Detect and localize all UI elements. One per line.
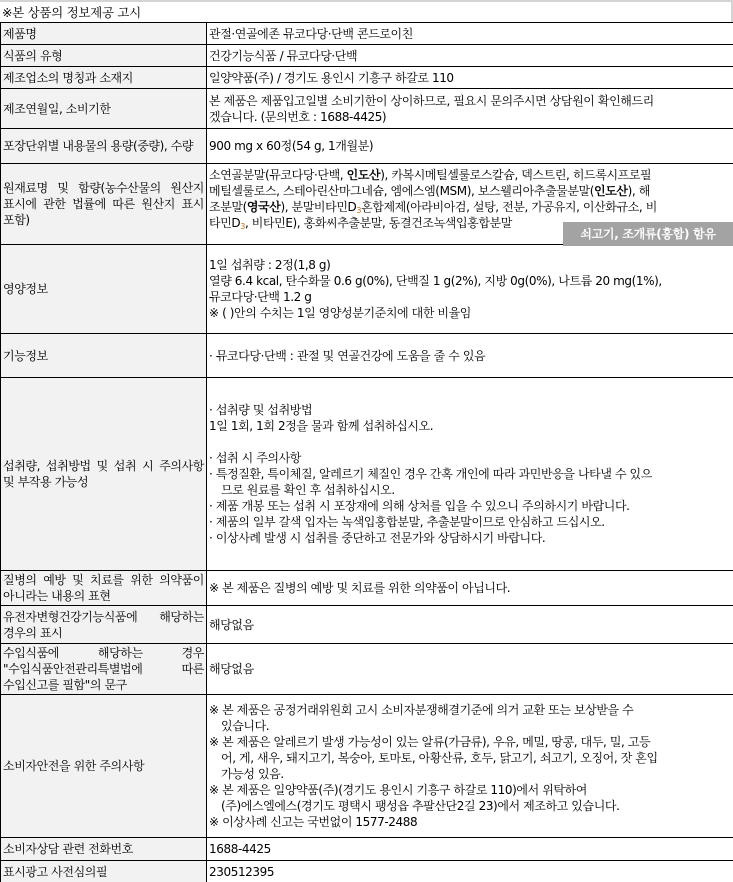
text-line: 1일 1회, 1회 2정을 물과 함께 섭취하십시오.	[209, 418, 731, 434]
value-package-volume: 900 mg x 60정(54 g, 1개월분)	[207, 129, 733, 164]
text: 메틸셀룰로스, 스테아린산마그네슘, 엠에스엠(MSM), 보스웰리아추출물분말…	[209, 184, 594, 198]
value-consumer-safety: ※ 본 제품은 공정거래위원회 고시 소비자분쟁해결기준에 의거 교환 또는 보…	[207, 695, 733, 838]
value-intake: · 섭취량 및 섭취방법 1일 1회, 1회 2정을 물과 함께 섭취하십시오.…	[207, 378, 733, 571]
value-consumer-phone: 1688-4425	[207, 838, 733, 861]
value-not-medicine: ※ 본 제품은 질병의 예방 및 치료를 위한 의약품이 아닙니다.	[207, 571, 733, 606]
text-line: 므로 원료를 확인 후 섭취하십시오.	[209, 482, 731, 498]
value-gmo: 해당없음	[207, 606, 733, 644]
label-not-medicine: 질병의 예방 및 치료를 위한 의약품이 아니라는 내용의 표현	[1, 571, 207, 606]
label-function: 기능정보	[1, 334, 207, 378]
label-consumer-safety: 소비자안전을 위한 주의사항	[1, 695, 207, 838]
text-line: ※ 본 제품은 공정거래위원회 고시 소비자분쟁해결기준에 의거 교환 또는 보…	[209, 702, 731, 718]
value-manufacturer: 일양약품(주) / 경기도 용인시 기흥구 하갈로 110	[207, 67, 733, 89]
text-line: ※ 본 제품은 일양약품(주)(경기도 용인시 기흥구 하갈로 110)에서 위…	[209, 782, 731, 798]
row-package-volume: 포장단위별 내용물의 용량(중량), 수량 900 mg x 60정(54 g,…	[1, 129, 733, 164]
text-line: 열량 6.4 kcal, 탄수화물 0.6 g(0%), 단백질 1 g(2%)…	[209, 273, 731, 289]
text-line: 있습니다.	[209, 718, 731, 734]
text: ), 해	[628, 184, 650, 198]
row-intake: 섭취량, 섭취방법 및 섭취 시 주의사항 및 부작용 가능성 · 섭취량 및 …	[1, 378, 733, 571]
label-import: 수입식품에 해당하는 경우 "수입식품안전관리특별법에 따른 수입신고를 필함"…	[1, 644, 207, 695]
row-gmo: 유전자변형건강기능식품에 해당하는 경우의 표시 해당없음	[1, 606, 733, 644]
text-line: · 섭취량 및 섭취방법	[209, 402, 731, 418]
text-line: · 섭취 시 주의사항	[209, 450, 731, 466]
text-line: 겠습니다. (문의번호 : 1688-4425)	[209, 109, 731, 125]
label-consumer-phone: 소비자상담 관련 전화번호	[1, 838, 207, 861]
text-line: · 제품의 일부 갈색 입자는 녹색입홍합분말, 추출분말이므로 안심하고 드십…	[209, 514, 731, 530]
notice-title: ※본 상품의 정보제공 고시	[0, 0, 733, 23]
text-line: 어, 게, 새우, 돼지고기, 복숭아, 토마토, 아황산류, 호두, 닭고기,…	[209, 750, 731, 766]
text: 소연골분말(뮤코다당·단백,	[209, 168, 347, 182]
value-ad-review: 230512395	[207, 861, 733, 882]
ingredient-line: 메틸셀룰로스, 스테아린산마그네슘, 엠에스엠(MSM), 보스웰리아추출물분말…	[209, 183, 731, 199]
label-ingredients: 원재료명 및 함량(농수산물의 원산지 표시에 관한 법률에 따른 원산지 표시…	[1, 164, 207, 245]
row-consumer-safety: 소비자안전을 위한 주의사항 ※ 본 제품은 공정거래위원회 고시 소비자분쟁해…	[1, 695, 733, 838]
text-line: · 제품 개봉 또는 섭취 시 포장재에 의해 상처를 입을 수 있으니 주의하…	[209, 498, 731, 514]
row-import: 수입식품에 해당하는 경우 "수입식품안전관리특별법에 따른 수입신고를 필함"…	[1, 644, 733, 695]
text-line: 1일 섭취량 : 2정(1,8 g)	[209, 257, 731, 273]
row-food-type: 식품의 유형 건강기능식품 / 뮤코다당·단백	[1, 45, 733, 67]
text: , 비타민E), 홍화씨추출분말, 동결건조녹색입홍합분말	[245, 216, 512, 230]
row-function: 기능정보 · 뮤코다당·단백 : 관절 및 연골건강에 도움을 줄 수 있음	[1, 334, 733, 378]
label-ad-review: 표시광고 사전심의필	[1, 861, 207, 882]
row-product-name: 제품명 관절·연골에존 뮤코다당·단백 콘드로이친	[1, 23, 733, 45]
label-manufacturer: 제조업소의 명칭과 소재지	[1, 67, 207, 89]
row-nutrition: 영양정보 1일 섭취량 : 2정(1,8 g) 열량 6.4 kcal, 탄수화…	[1, 245, 733, 334]
row-manufacturer: 제조업소의 명칭과 소재지 일양약품(주) / 경기도 용인시 기흥구 하갈로 …	[1, 67, 733, 89]
row-consumer-phone: 소비자상담 관련 전화번호 1688-4425	[1, 838, 733, 861]
value-nutrition: 1일 섭취량 : 2정(1,8 g) 열량 6.4 kcal, 탄수화물 0.6…	[207, 245, 733, 334]
blank-line	[209, 434, 731, 450]
value-import: 해당없음	[207, 644, 733, 695]
text-line: ※ ( )안의 수치는 1일 영양성분기준치에 대한 비율임	[209, 305, 731, 321]
value-food-type: 건강기능식품 / 뮤코다당·단백	[207, 45, 733, 67]
text: 조분말(	[209, 200, 247, 214]
ingredient-line: 조분말(영국산), 분말비타민D3혼합제제(아라비아검, 설탕, 전분, 가공유…	[209, 199, 731, 215]
ingredient-line: 소연골분말(뮤코다당·단백, 인도산), 카복시메틸셀룰로스칼슘, 덱스트린, …	[209, 167, 731, 183]
row-not-medicine: 질병의 예방 및 치료를 위한 의약품이 아니라는 내용의 표현 ※ 본 제품은…	[1, 571, 733, 606]
text: 타민D	[209, 216, 240, 230]
allergen-badge: 쇠고기, 조개류(홍합) 함유	[563, 222, 733, 246]
text-line: · 특정질환, 특이체질, 알레르기 체질인 경우 간혹 개인에 따라 과민반응…	[209, 466, 731, 482]
label-intake: 섭취량, 섭취방법 및 섭취 시 주의사항 및 부작용 가능성	[1, 378, 207, 571]
text-line: 뮤코다당·단백 1.2 g	[209, 289, 731, 305]
label-nutrition: 영양정보	[1, 245, 207, 334]
product-info-table: 제품명 관절·연골에존 뮤코다당·단백 콘드로이친 식품의 유형 건강기능식품 …	[0, 22, 733, 882]
text-line: · 이상사례 발생 시 섭취를 중단하고 전문가와 상담하시기 바랍니다.	[209, 530, 731, 546]
label-gmo: 유전자변형건강기능식품에 해당하는 경우의 표시	[1, 606, 207, 644]
text-line: 본 제품은 제품입고일별 소비기한이 상이하므로, 필요시 문의주시면 상담원이…	[209, 93, 731, 109]
text: 혼합제제(아라비아검, 설탕, 전분, 가공유지, 이산화규소, 비	[361, 200, 657, 214]
label-product-name: 제품명	[1, 23, 207, 45]
label-package-volume: 포장단위별 내용물의 용량(중량), 수량	[1, 129, 207, 164]
row-manufacture-date: 제조연월일, 소비기한 본 제품은 제품입고일별 소비기한이 상이하므로, 필요…	[1, 89, 733, 129]
value-function: · 뮤코다당·단백 : 관절 및 연골건강에 도움을 줄 수 있음	[207, 334, 733, 378]
value-product-name: 관절·연골에존 뮤코다당·단백 콘드로이친	[207, 23, 733, 45]
text: ), 분말비타민D	[280, 200, 356, 214]
origin-india: 인도산	[594, 184, 628, 198]
value-manufacture-date: 본 제품은 제품입고일별 소비기한이 상이하므로, 필요시 문의주시면 상담원이…	[207, 89, 733, 129]
label-food-type: 식품의 유형	[1, 45, 207, 67]
text-line: ※ 본 제품은 알레르기 발생 가능성이 있는 알류(가금류), 우유, 메밀,…	[209, 734, 731, 750]
row-ad-review: 표시광고 사전심의필 230512395	[1, 861, 733, 882]
origin-india: 인도산	[347, 168, 381, 182]
text-line: 가능성 있음.	[209, 766, 731, 782]
text: ), 카복시메틸셀룰로스칼슘, 덱스트린, 히드록시프로필	[380, 168, 651, 182]
label-manufacture-date: 제조연월일, 소비기한	[1, 89, 207, 129]
text-line: ※ 이상사례 신고는 국번없이 1577-2488	[209, 814, 731, 830]
origin-uk: 영국산	[247, 200, 281, 214]
text-line: (주)에스엘에스(경기도 평택시 팽성읍 추팔산단2길 23)에서 제조하고 있…	[209, 798, 731, 814]
